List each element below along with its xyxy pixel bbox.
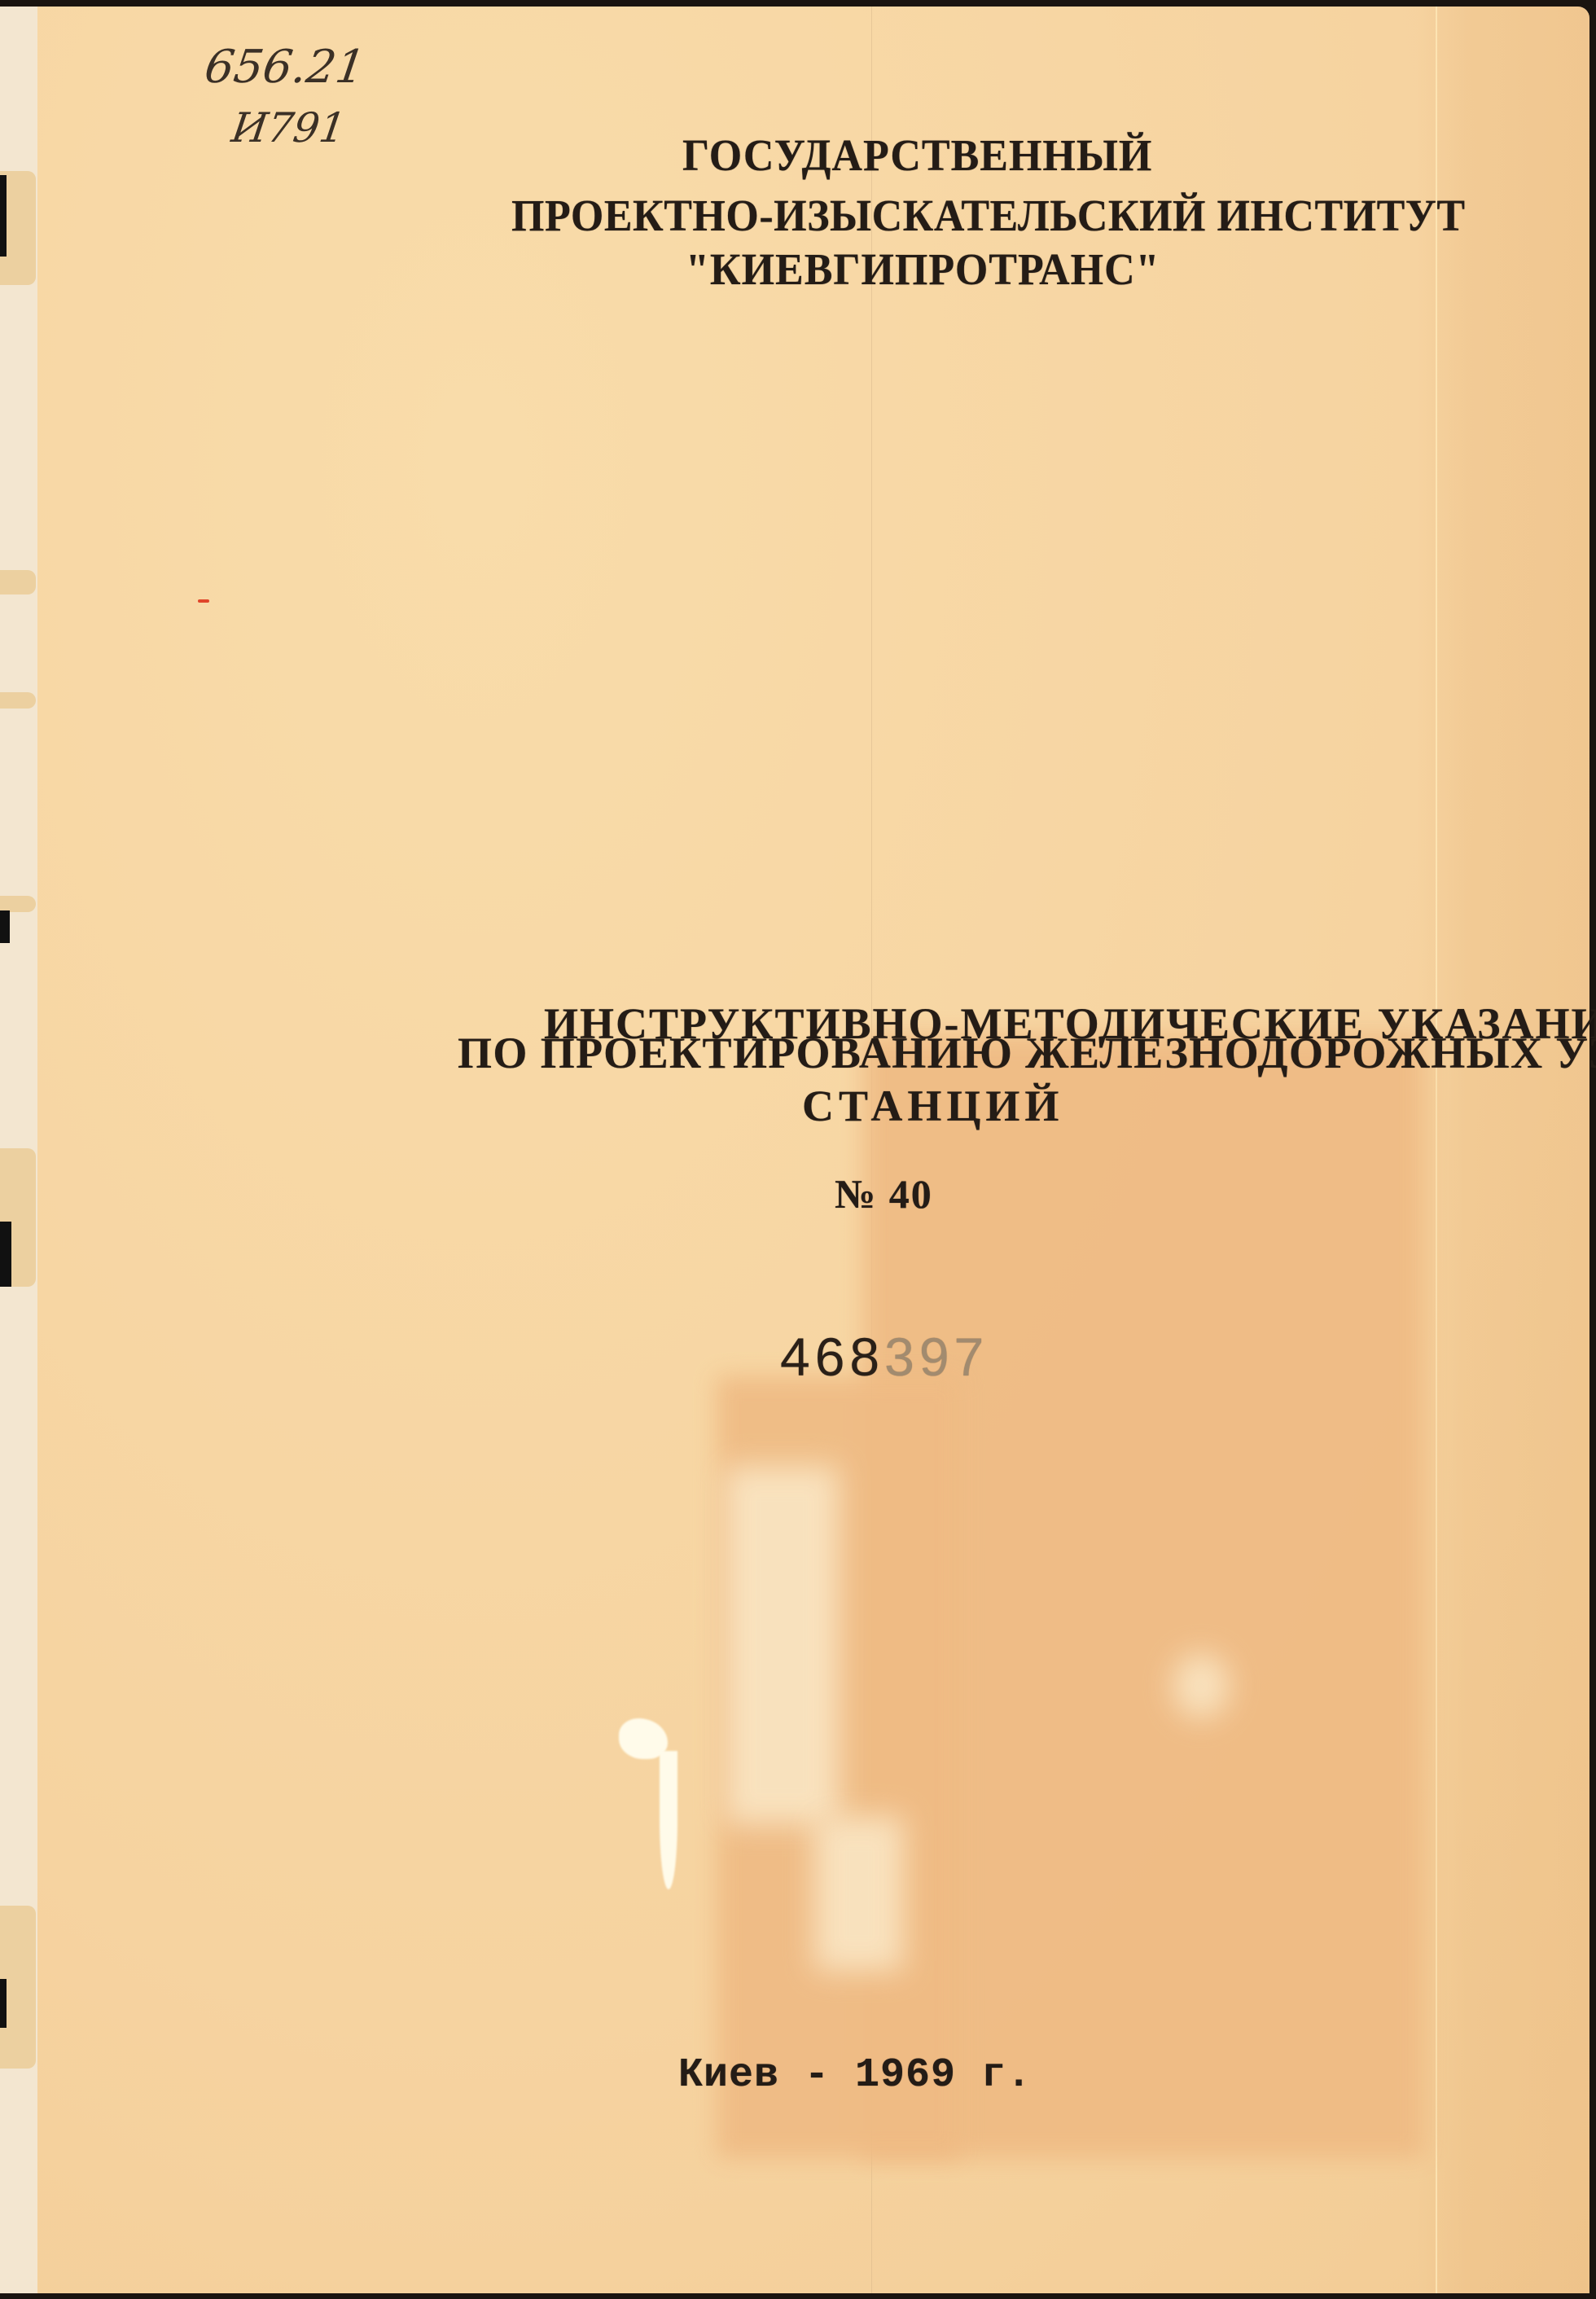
paper-damage — [660, 1751, 677, 1889]
issue-number: № 40 — [835, 1170, 933, 1218]
handwritten-shelf-mark: И791 — [229, 104, 349, 151]
binding-shadow — [0, 1979, 7, 2028]
stamp-digits-dark: 468 — [780, 1327, 884, 1387]
binding-shadow — [0, 910, 10, 943]
binding-shadow — [0, 175, 7, 257]
stain-light-spot — [1173, 1653, 1230, 1718]
binding-tab — [0, 692, 36, 709]
stain-light-patch — [725, 1466, 839, 1824]
binding-tab — [0, 570, 36, 594]
title-line-3: СТАНЦИЙ — [802, 1081, 1063, 1131]
institution-line-3: "КИЕВГИПРОТРАНС" — [686, 245, 1160, 296]
inventory-stamp-number: 468397 — [780, 1326, 989, 1388]
binding-tab — [0, 896, 36, 912]
handwritten-classification-code: 656.21 — [201, 41, 368, 94]
title-line-2: ПО ПРОЕКТИРОВАНИЮ ЖЕЛЕЗНОДОРОЖНЫХ УЗЛОВ … — [458, 1028, 1596, 1078]
binding-shadow — [0, 1222, 11, 1287]
fold-line-right — [1436, 7, 1437, 2293]
red-pencil-mark — [198, 599, 209, 603]
institution-line-1: ГОСУДАРСТВЕННЫЙ — [682, 131, 1152, 182]
institution-line-2: ПРОЕКТНО-ИЗЫСКАТЕЛЬСКИЙ ИНСТИТУТ — [511, 191, 1466, 242]
stain-light-patch — [814, 1816, 904, 1971]
stamp-digits-faded: 397 — [884, 1327, 989, 1387]
imprint-city-year: Киев - 1969 г. — [678, 2052, 1032, 2099]
